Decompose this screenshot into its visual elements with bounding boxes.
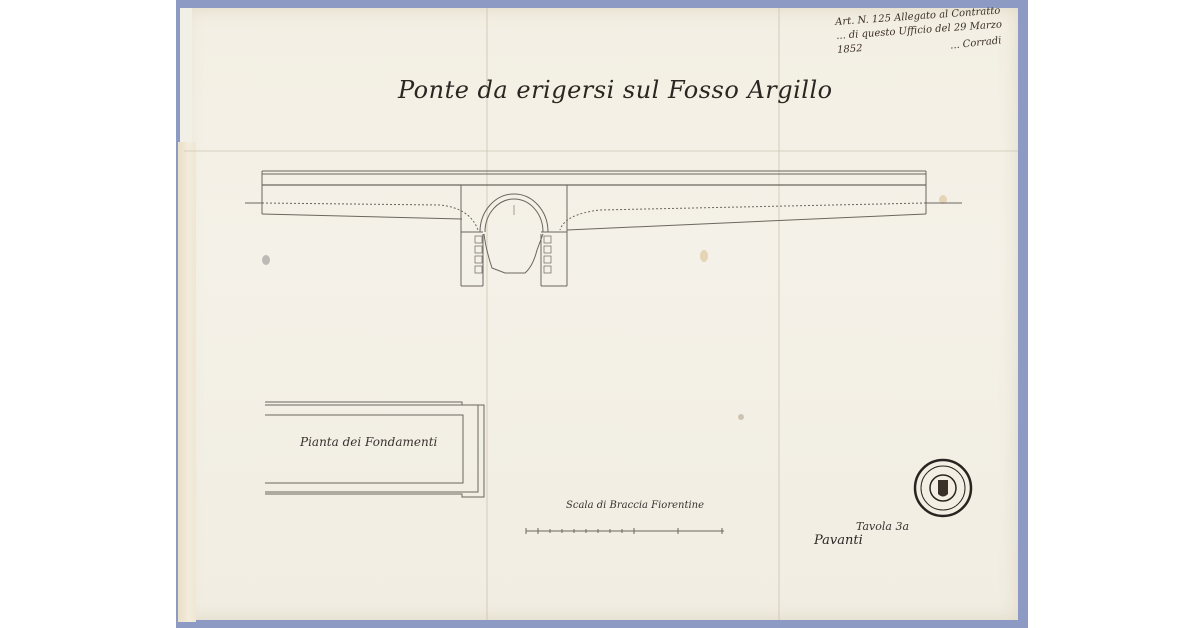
drawing-title: Ponte da erigersi sul Fosso Argillo [398,76,833,104]
foundation-plan [265,402,484,497]
signature: Pavanti [814,533,863,548]
scale-label: Scala di Braccia Fiorentine [566,500,704,511]
official-stamp-icon [908,458,978,518]
scale-bar [526,528,724,534]
foundation-plan-label: Pianta dei Fondamenti [300,435,437,449]
sheet-number: Tavola 3a [856,520,909,533]
